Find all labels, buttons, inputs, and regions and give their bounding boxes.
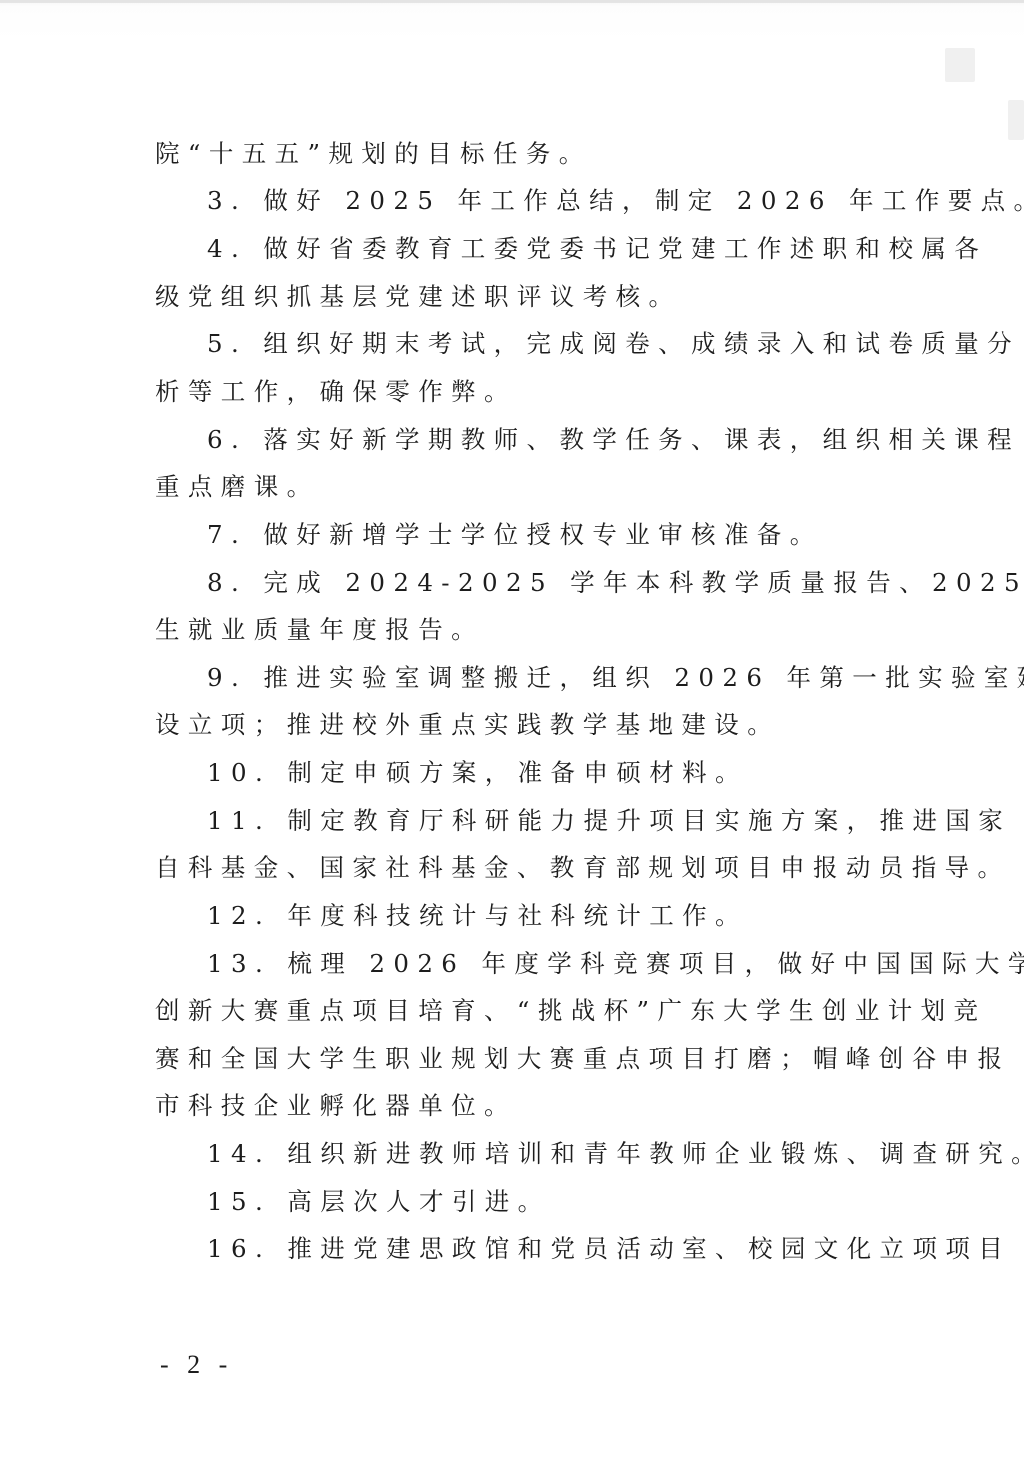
list-item-9-cont: 设立项；推进校外重点实践教学基地建设。 <box>155 702 780 748</box>
scan-artifact <box>945 48 975 82</box>
list-item-3: 3. 做好 2025 年工作总结，制定 2026 年工作要点。 <box>207 178 1024 224</box>
document-page: 院“十五五”规划的目标任务。 3. 做好 2025 年工作总结，制定 2026 … <box>0 0 1024 1459</box>
paragraph-continuation: 院“十五五”规划的目标任务。 <box>155 131 592 177</box>
list-item-11-cont: 自科基金、国家社科基金、教育部规划项目申报动员指导。 <box>155 845 1010 891</box>
list-item-6-cont: 重点磨课。 <box>155 464 320 510</box>
list-item-8-cont: 生就业质量年度报告。 <box>155 607 484 653</box>
page-number: - 2 - <box>160 1350 233 1380</box>
list-item-13-cont-1: 创新大赛重点项目培育、“挑战杯”广东大学生创业计划竞 <box>155 988 986 1034</box>
list-item-13: 13. 梳理 2026 年度学科竞赛项目，做好中国国际大学生 <box>207 941 1024 987</box>
list-item-13-cont-2: 赛和全国大学生职业规划大赛重点项目打磨；帽峰创谷申报 <box>155 1036 1010 1082</box>
list-item-8: 8. 完成 2024-2025 学年本科教学质量报告、2025 年毕业 <box>207 560 1024 606</box>
list-item-13-cont-3: 市科技企业孵化器单位。 <box>155 1083 517 1129</box>
list-item-9: 9. 推进实验室调整搬迁，组织 2026 年第一批实验室建 <box>207 655 1024 701</box>
list-item-5: 5. 组织好期末考试，完成阅卷、成绩录入和试卷质量分 <box>207 321 1020 367</box>
list-item-4: 4. 做好省委教育工委党委书记党建工作述职和校属各 <box>207 226 987 272</box>
list-item-14: 14. 组织新进教师培训和青年教师企业锻炼、调查研究。 <box>207 1131 1024 1177</box>
list-item-10: 10. 制定申硕方案，准备申硕材料。 <box>207 750 748 796</box>
list-item-12: 12. 年度科技统计与社科统计工作。 <box>207 893 748 939</box>
list-item-5-cont: 析等工作，确保零作弊。 <box>155 369 517 415</box>
list-item-6: 6. 落实好新学期教师、教学任务、课表，组织相关课程 <box>207 417 1020 463</box>
list-item-7: 7. 做好新增学士学位授权专业审核准备。 <box>207 512 823 558</box>
list-item-11: 11. 制定教育厅科研能力提升项目实施方案，推进国家 <box>207 798 1011 844</box>
scan-artifact <box>1008 100 1024 140</box>
scan-edge <box>0 0 1024 3</box>
list-item-15: 15. 高层次人才引进。 <box>207 1179 551 1225</box>
list-item-16: 16. 推进党建思政馆和党员活动室、校园文化立项项目 <box>207 1226 1011 1272</box>
list-item-4-cont: 级党组织抓基层党建述职评议考核。 <box>155 274 681 320</box>
